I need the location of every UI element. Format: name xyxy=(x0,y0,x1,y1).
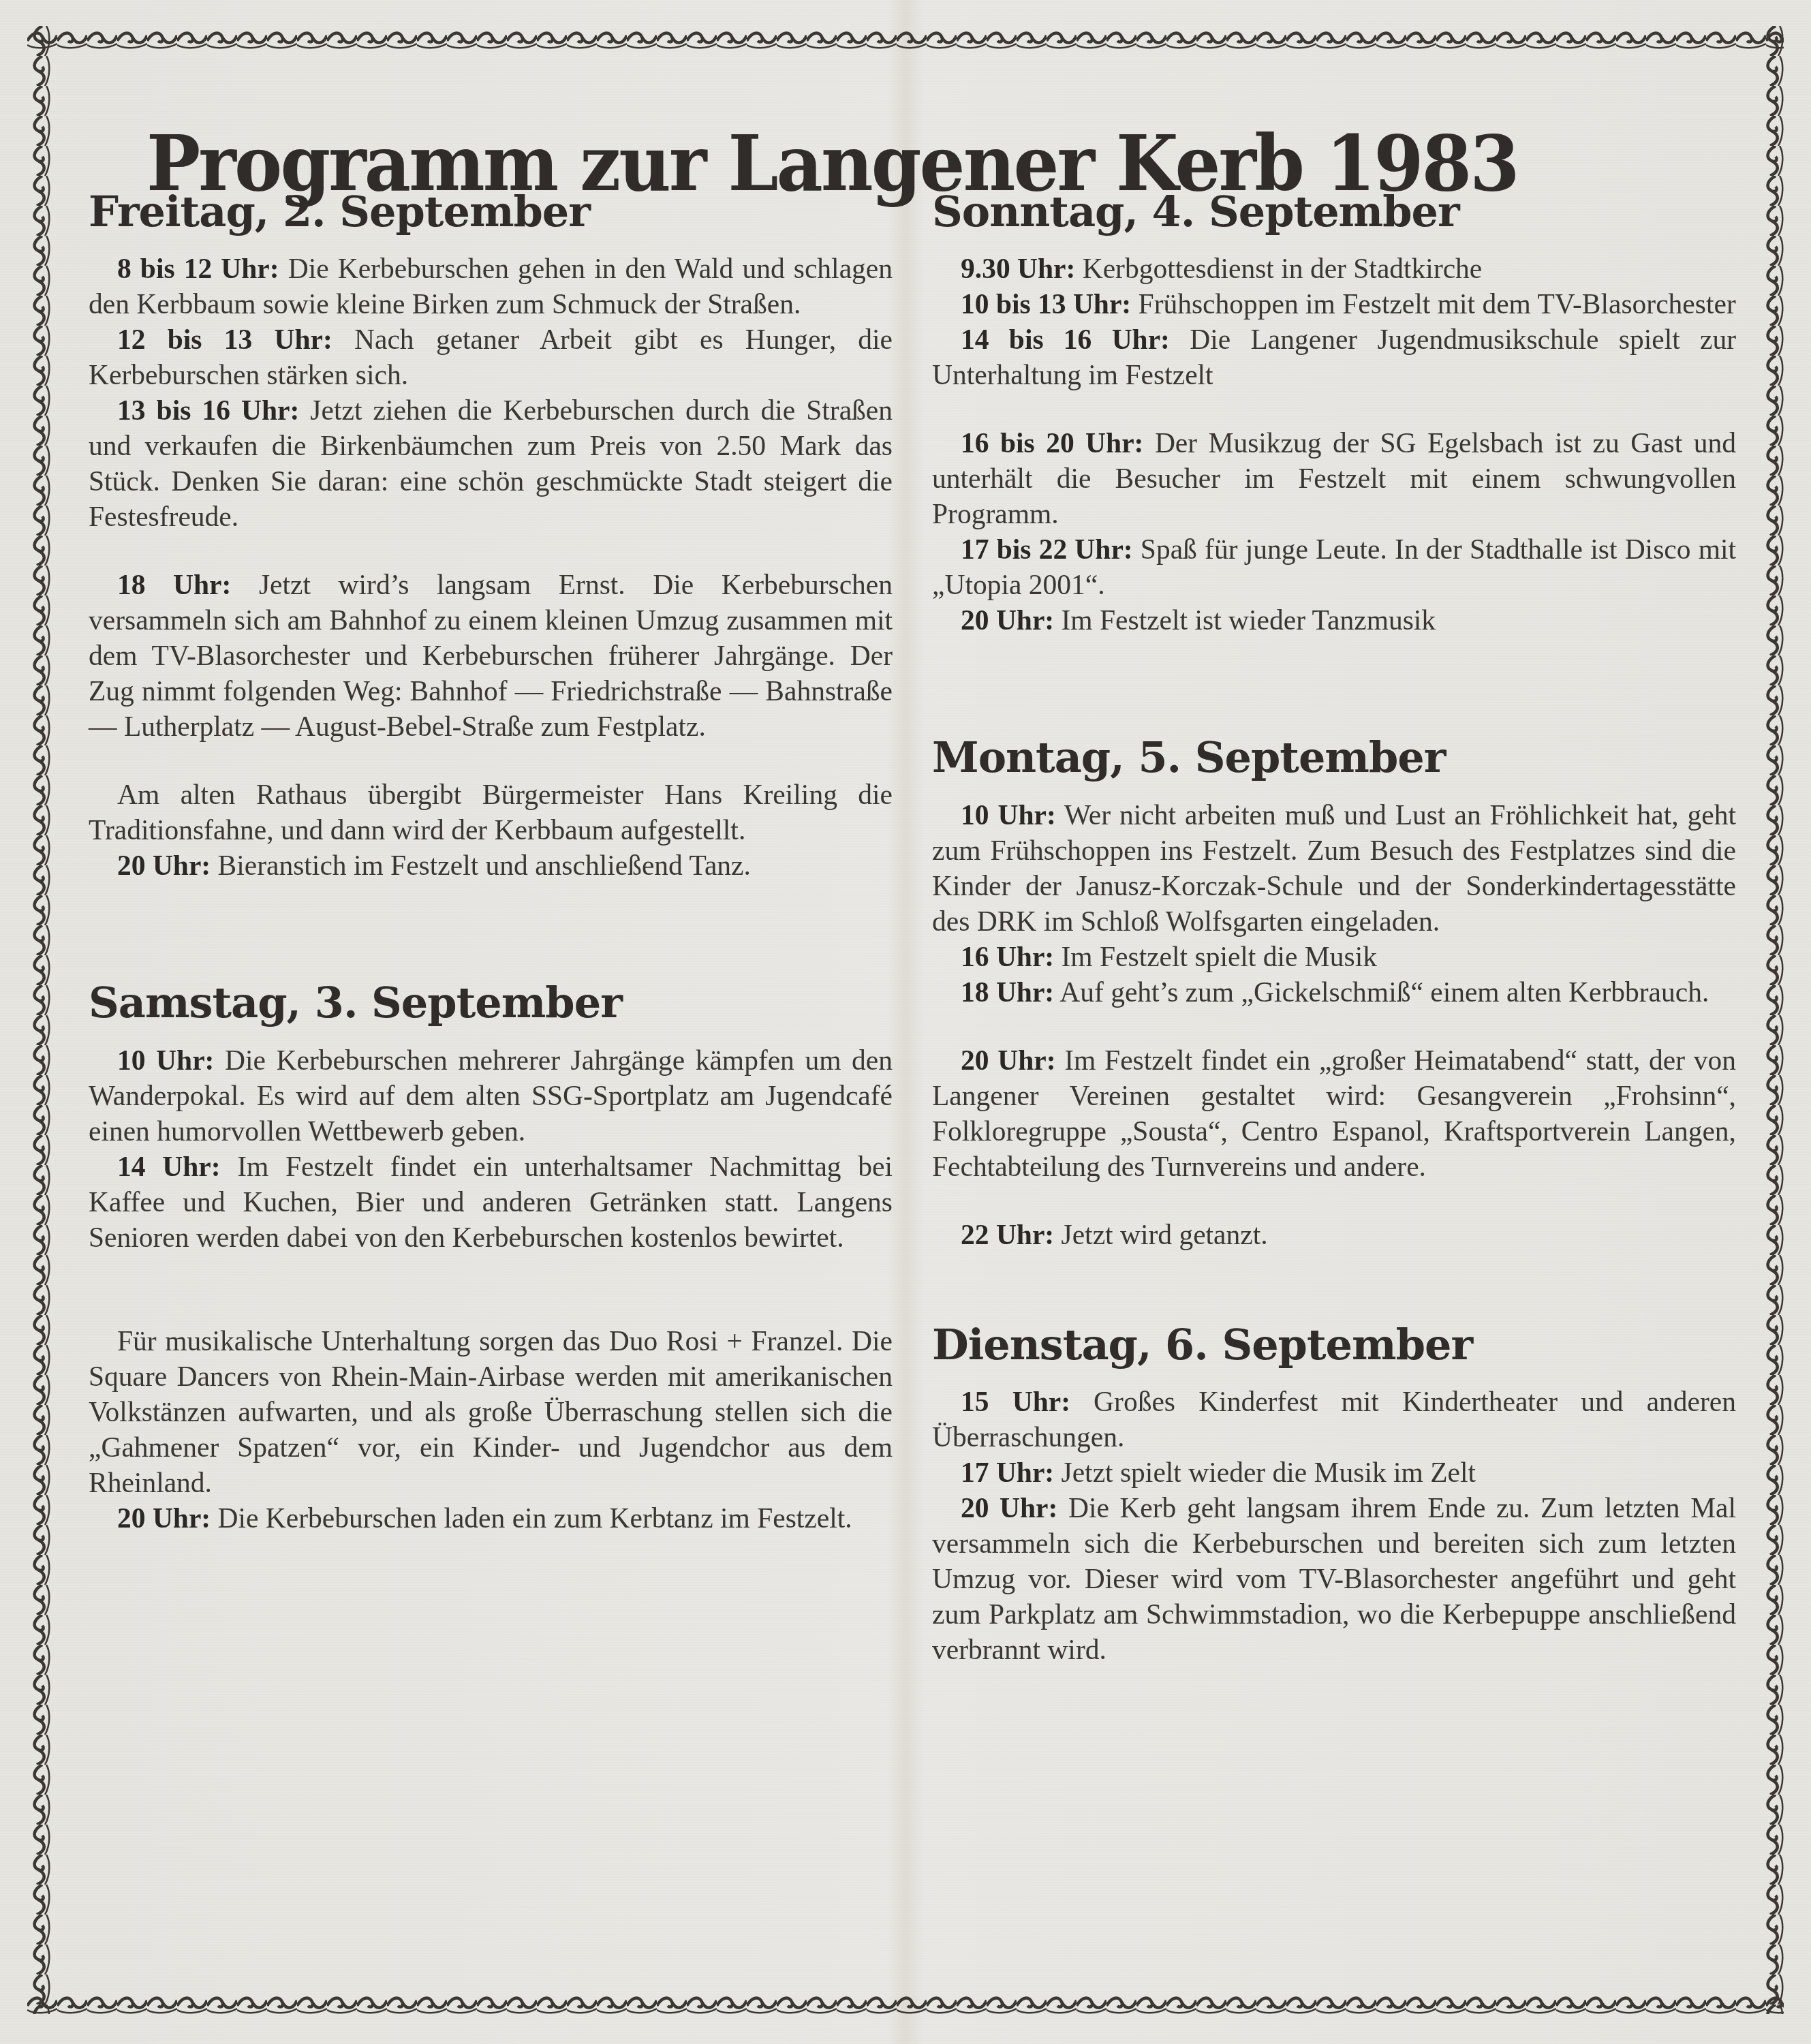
program-entry: 10 bis 13 Uhr: Frühschoppen im Festzelt … xyxy=(932,286,1736,322)
entry-description: Bieranstich im Festzelt und anschließend… xyxy=(211,850,751,881)
entry-time: 9.30 Uhr: xyxy=(961,253,1075,284)
entry-time: 16 bis 20 Uhr: xyxy=(961,427,1143,459)
program-entry: 22 Uhr: Jetzt wird getanzt. xyxy=(932,1217,1736,1252)
program-entry: 10 Uhr: Wer nicht arbeiten muß und Lust … xyxy=(932,797,1736,939)
program-entry: 20 Uhr: Die Kerbeburschen laden ein zum … xyxy=(89,1500,893,1536)
program-entry: Am alten Rathaus übergibt Bürgermeister … xyxy=(89,777,893,848)
day-section: Montag, 5. September10 Uhr: Wer nicht ar… xyxy=(932,733,1736,1252)
entry-spacer xyxy=(932,392,1736,425)
wave-border-top-icon xyxy=(27,26,1784,49)
entry-time: 14 Uhr: xyxy=(117,1151,221,1182)
entry-time: 16 Uhr: xyxy=(961,941,1054,972)
program-entry: 15 Uhr: Großes Kinderfest mit Kinderthea… xyxy=(932,1384,1736,1455)
entry-time: 20 Uhr: xyxy=(961,604,1054,636)
entry-description: Die Kerbeburschen laden ein zum Kerbtanz… xyxy=(211,1502,852,1534)
entry-description: Auf geht’s zum „Gickelschmiß“ einem alte… xyxy=(1054,976,1709,1008)
entry-time: 20 Uhr: xyxy=(961,1492,1057,1523)
entry-time: 10 Uhr: xyxy=(117,1044,214,1076)
day-heading: Dienstag, 6. September xyxy=(932,1320,1736,1369)
program-column-right: Sonntag, 4. September9.30 Uhr: Kerbgotte… xyxy=(932,187,1736,1667)
entry-time: 17 Uhr: xyxy=(961,1457,1054,1488)
program-entry: 18 Uhr: Auf geht’s zum „Gickelschmiß“ ei… xyxy=(932,974,1736,1010)
program-entry: 14 Uhr: Im Festzelt findet ein unterhalt… xyxy=(89,1149,893,1255)
entry-spacer xyxy=(89,744,893,777)
entry-description: Im Festzelt spielt die Musik xyxy=(1054,941,1377,972)
entry-spacer xyxy=(89,534,893,567)
program-entry: 12 bis 13 Uhr: Nach getaner Arbeit gibt … xyxy=(89,322,893,392)
day-heading: Montag, 5. September xyxy=(932,733,1736,781)
entry-time: 18 Uhr: xyxy=(117,569,231,600)
program-entry: 14 bis 16 Uhr: Die Langener Jugendmusiks… xyxy=(932,322,1736,392)
entry-spacer xyxy=(932,1010,1736,1042)
entry-description: Jetzt spielt wieder die Musik im Zelt xyxy=(1054,1457,1476,1488)
wave-border-right-icon xyxy=(1761,26,1784,2014)
entry-time: 22 Uhr: xyxy=(961,1219,1054,1250)
program-entry: 18 Uhr: Jetzt wird’s langsam Ernst. Die … xyxy=(89,567,893,744)
entry-description: Jetzt wird getanzt. xyxy=(1054,1219,1267,1250)
program-entry: Für musikalische Unterhaltung sorgen das… xyxy=(89,1323,893,1500)
day-heading: Freitag, 2. September xyxy=(89,187,893,236)
section-spacer xyxy=(932,638,1736,733)
entry-time: 20 Uhr: xyxy=(117,850,211,881)
entry-time: 10 bis 13 Uhr: xyxy=(961,288,1131,320)
program-entry: 13 bis 16 Uhr: Jetzt ziehen die Kerbebur… xyxy=(89,392,893,534)
program-entry: 8 bis 12 Uhr: Die Kerbeburschen gehen in… xyxy=(89,251,893,322)
section-spacer xyxy=(89,883,893,978)
wave-border-bottom-icon xyxy=(27,1991,1784,2014)
entry-description: Am alten Rathaus übergibt Bürgermeister … xyxy=(89,779,893,846)
entry-description: Frühschoppen im Festzelt mit dem TV-Blas… xyxy=(1131,288,1736,320)
entry-spacer xyxy=(932,1184,1736,1217)
program-entry: 9.30 Uhr: Kerbgottesdienst in der Stadtk… xyxy=(932,251,1736,286)
entry-time: 15 Uhr: xyxy=(961,1386,1070,1417)
program-column-left: Freitag, 2. September8 bis 12 Uhr: Die K… xyxy=(89,187,893,1536)
entry-time: 17 bis 22 Uhr: xyxy=(961,533,1133,565)
program-entry: 10 Uhr: Die Kerbeburschen mehrerer Jahrg… xyxy=(89,1042,893,1149)
entry-spacer xyxy=(89,1255,893,1323)
section-spacer xyxy=(932,1252,1736,1320)
day-heading: Samstag, 3. September xyxy=(89,978,893,1027)
program-entry: 20 Uhr: Die Kerb geht langsam ihrem Ende… xyxy=(932,1490,1736,1667)
entry-time: 8 bis 12 Uhr: xyxy=(117,253,279,284)
day-heading: Sonntag, 4. September xyxy=(932,187,1736,236)
entry-time: 14 bis 16 Uhr: xyxy=(961,324,1170,355)
day-section: Sonntag, 4. September9.30 Uhr: Kerbgotte… xyxy=(932,187,1736,638)
entry-time: 10 Uhr: xyxy=(961,799,1056,831)
entry-time: 12 bis 13 Uhr: xyxy=(117,324,332,355)
day-section: Freitag, 2. September8 bis 12 Uhr: Die K… xyxy=(89,187,893,883)
entry-time: 13 bis 16 Uhr: xyxy=(117,394,299,426)
entry-time: 20 Uhr: xyxy=(117,1502,211,1534)
program-entry: 20 Uhr: Bieranstich im Festzelt und ansc… xyxy=(89,848,893,883)
program-entry: 20 Uhr: Im Festzelt ist wieder Tanzmusik xyxy=(932,602,1736,638)
program-entry: 20 Uhr: Im Festzelt findet ein „großer H… xyxy=(932,1042,1736,1184)
day-section: Dienstag, 6. September15 Uhr: Großes Kin… xyxy=(932,1320,1736,1667)
day-section: Samstag, 3. September10 Uhr: Die Kerbebu… xyxy=(89,978,893,1535)
entry-description: Im Festzelt ist wieder Tanzmusik xyxy=(1054,604,1436,636)
program-entry: 16 Uhr: Im Festzelt spielt die Musik xyxy=(932,939,1736,974)
entry-time: 18 Uhr: xyxy=(961,976,1054,1008)
entry-description: Kerbgottesdienst in der Stadtkirche xyxy=(1075,253,1482,284)
wave-border-left-icon xyxy=(27,26,50,2014)
program-entry: 17 bis 22 Uhr: Spaß für junge Leute. In … xyxy=(932,531,1736,602)
program-entry: 17 Uhr: Jetzt spielt wieder die Musik im… xyxy=(932,1455,1736,1490)
entry-description: Für musikalische Unterhaltung sorgen das… xyxy=(89,1325,893,1498)
program-entry: 16 bis 20 Uhr: Der Musikzug der SG Egels… xyxy=(932,425,1736,531)
entry-time: 20 Uhr: xyxy=(961,1044,1056,1076)
